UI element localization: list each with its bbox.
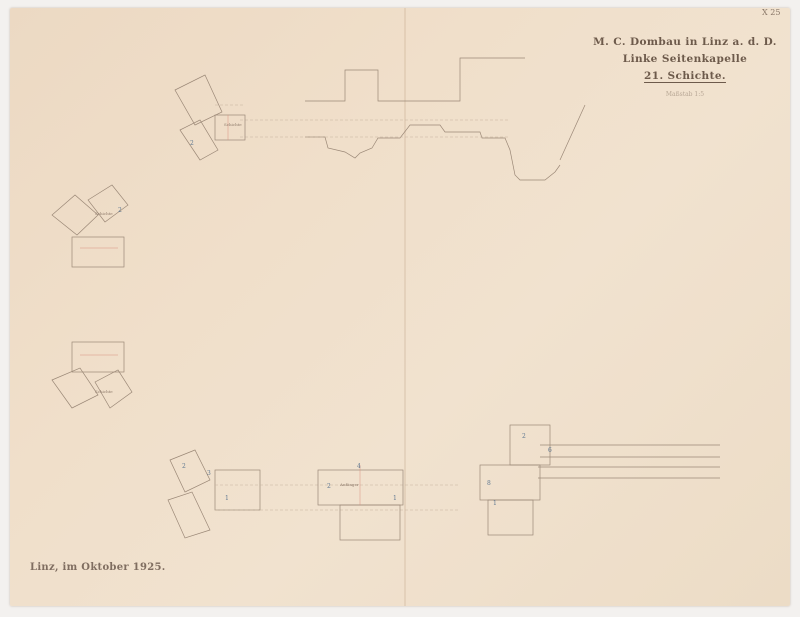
page-number: X 25	[762, 8, 780, 17]
plan-left-upper: Schichte 2	[52, 185, 128, 267]
top-profile-section	[240, 58, 585, 180]
svg-text:1: 1	[393, 495, 397, 502]
svg-text:Schichte: Schichte	[95, 211, 113, 216]
title-line-3: 21. Schichte.	[590, 68, 780, 85]
svg-text:3: 3	[207, 470, 211, 477]
plan-bottom-left: 2 3 1	[168, 450, 460, 538]
scale-note: Maßstab 1:5	[590, 91, 780, 98]
svg-text:8: 8	[487, 480, 491, 487]
svg-text:2: 2	[522, 433, 526, 440]
svg-text:1: 1	[493, 500, 497, 507]
title-line-2: Linke Seitenkapelle	[590, 51, 780, 68]
title-block: M. C. Dombau in Linz a. d. D. Linke Seit…	[590, 34, 780, 98]
plan-bottom-center: 4 2 Anfänger 1	[318, 463, 403, 540]
svg-text:4: 4	[357, 463, 361, 470]
svg-text:2: 2	[327, 483, 331, 490]
title-line-1: M. C. Dombau in Linz a. d. D.	[590, 34, 780, 51]
svg-text:Schichte: Schichte	[224, 122, 242, 127]
svg-text:Schichte: Schichte	[95, 389, 113, 394]
svg-text:1: 1	[225, 495, 229, 502]
svg-text:6: 6	[548, 447, 552, 454]
plan-top-left: Schichte 2	[175, 75, 245, 160]
svg-text:2: 2	[118, 207, 122, 214]
plan-left-lower: Schichte	[52, 342, 132, 408]
plan-bottom-right: 2 6 8 1	[480, 425, 720, 535]
svg-text:Anfänger: Anfänger	[339, 482, 359, 487]
place-date: Linz, im Oktober 1925.	[30, 562, 166, 573]
svg-text:2: 2	[182, 463, 186, 470]
svg-text:2: 2	[190, 140, 194, 147]
